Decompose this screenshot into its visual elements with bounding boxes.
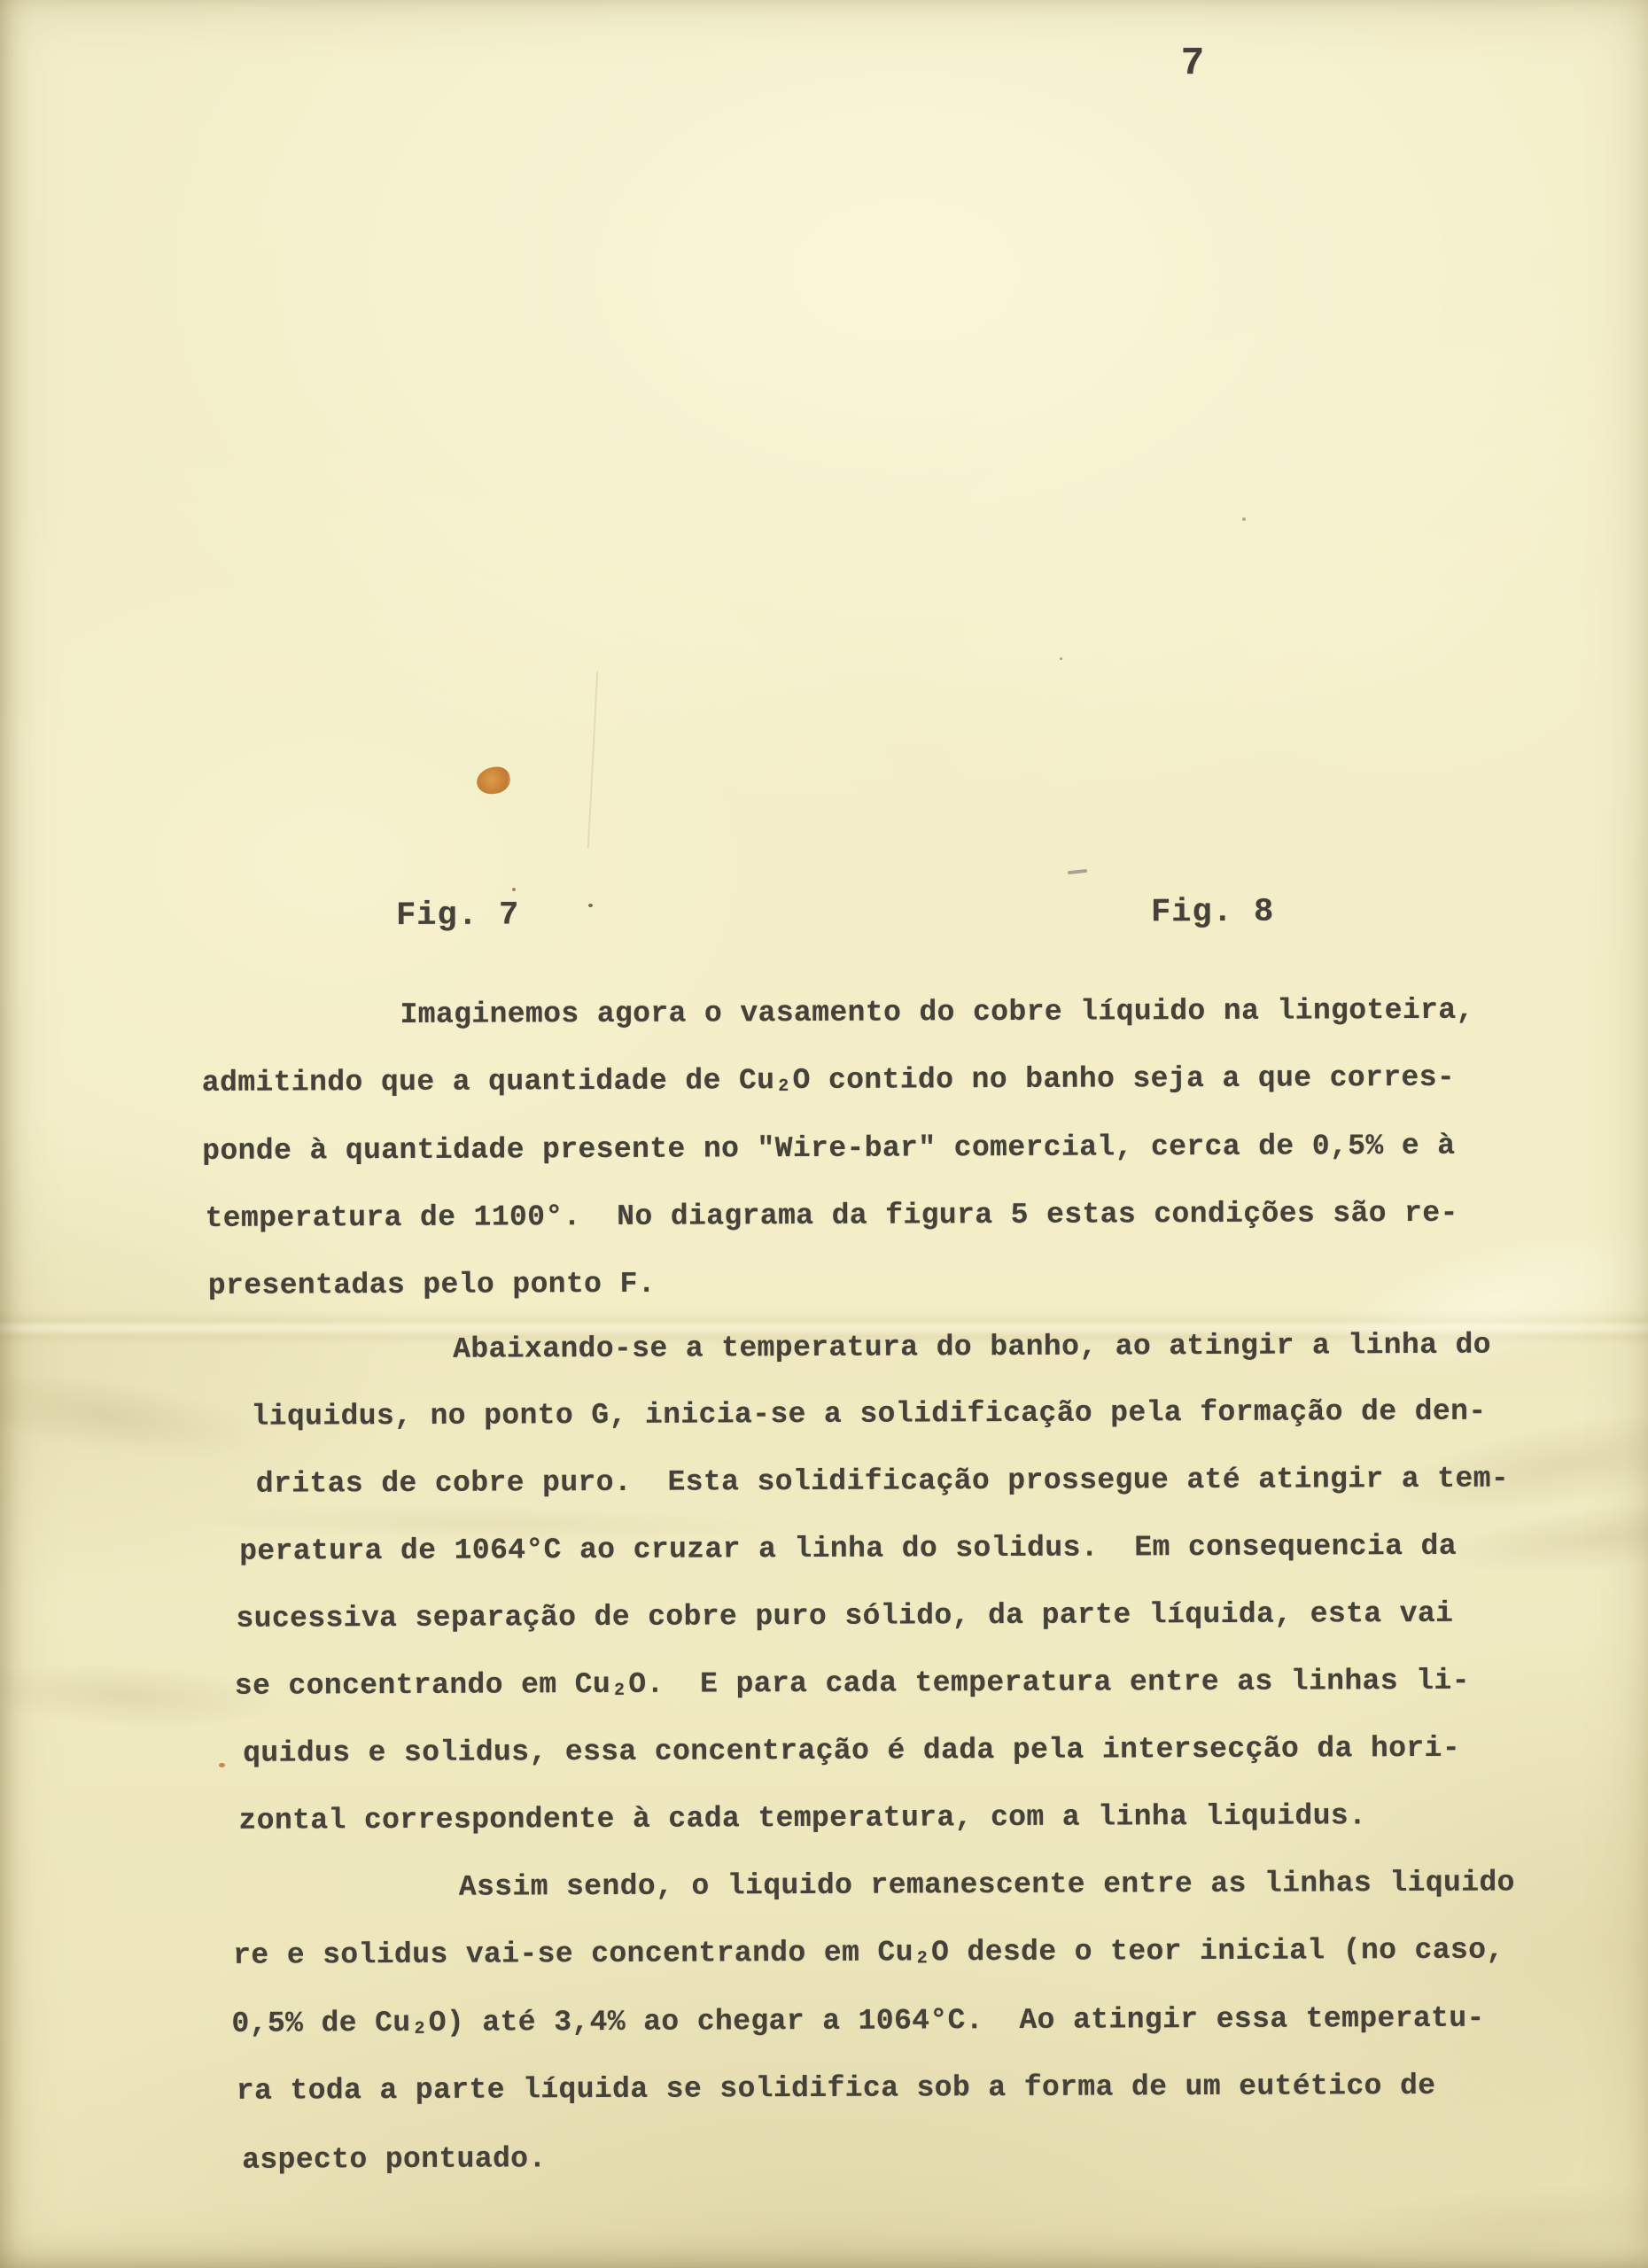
figure-7-caption: Fig. 7 <box>396 897 519 935</box>
text-line: presentadas pelo ponto F. <box>208 1268 656 1302</box>
text-line: ponde à quantidade presente no "Wire-bar… <box>202 1130 1455 1168</box>
text-line: zontal correspondente à cada temperatura… <box>238 1799 1366 1837</box>
text-line: se concentrando em Cu₂O. E para cada tem… <box>235 1665 1470 1703</box>
text-line: sucessiva separação de cobre puro sólido… <box>236 1597 1453 1635</box>
text-line: aspecto pontuado. <box>242 2142 547 2176</box>
text-line: admitindo que a quantidade de Cu₂O conti… <box>202 1061 1455 1099</box>
page-number: 7 <box>1181 42 1205 86</box>
text-line: liquidus, no ponto G, inicia-se a solidi… <box>251 1395 1486 1433</box>
figure-8-caption: Fig. 8 <box>1151 894 1274 932</box>
text-line: temperatura de 1100°. No diagrama da fig… <box>205 1197 1458 1235</box>
text-line: quidus e solidus, essa concentração é da… <box>243 1732 1460 1770</box>
text-line: re e solidus vai-se concentrando em Cu₂O… <box>233 1934 1504 1972</box>
typewritten-text-layer: 7 Fig. 7 Fig. 8 Imaginemos agora o vasam… <box>0 0 1648 2268</box>
text-line: peratura de 1064°C ao cruzar a linha do … <box>239 1530 1457 1568</box>
text-line: 0,5% de Cu₂O) até 3,4% ao chegar a 1064°… <box>231 2002 1484 2040</box>
text-line: Imaginemos agora o vasamento do cobre lí… <box>400 994 1473 1031</box>
text-line: Abaixando-se a temperatura do banho, ao … <box>453 1329 1491 1366</box>
text-line: ra toda a parte líquida se solidifica so… <box>237 2070 1436 2108</box>
text-line: Assim sendo, o liquido remanescente entr… <box>459 1867 1515 1904</box>
document-page: 7 Fig. 7 Fig. 8 Imaginemos agora o vasam… <box>0 0 1648 2268</box>
text-line: dritas de cobre puro. Esta solidificação… <box>256 1463 1509 1501</box>
